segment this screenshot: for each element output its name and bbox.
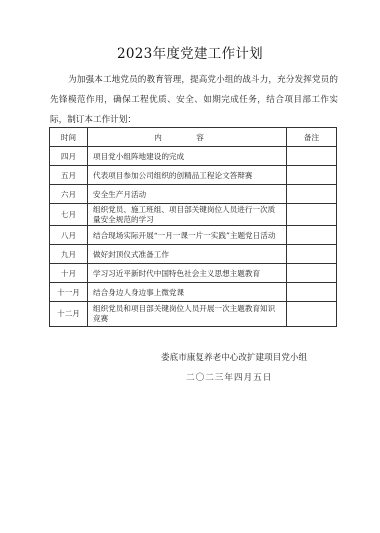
row-content: 组织党员、施工班组、项目部关键岗位人员进行一次质量安全规范的学习 [88,204,287,226]
row-month: 七月 [50,204,88,226]
row-notes [287,204,337,226]
table-row: 八月 结合现场实际开展“一月一课一片一实践”主题党日活动 [50,226,337,245]
header-notes: 备注 [287,128,337,147]
table-row: 九月 做好封顶仪式准备工作 [50,245,337,264]
row-month: 十一月 [50,283,88,302]
row-content: 代表项目参加公司组织的创精品工程论文答辩赛 [88,166,287,185]
signature-date: 二〇二三年四月五日 [186,371,380,383]
row-content: 学习习近平新时代中国特色社会主义思想主题教育 [88,264,287,283]
table-row: 六月 安全生产月活动 [50,185,337,204]
row-month: 六月 [50,185,88,204]
table-header-row: 时间 内 容 备注 [50,128,337,147]
row-notes [287,264,337,283]
row-notes [287,302,337,327]
intro-text: 为加强本工地党员的教育管理，提高党小组的战斗力，充分发挥党员的先锋模范作用，确保… [50,75,338,125]
table-row: 四月 项目党小组阵地建设的完成 [50,147,337,166]
table-row: 十一月 结合身边人身边事上微党课 [50,283,337,302]
row-month: 十月 [50,264,88,283]
row-month: 十二月 [50,302,88,327]
row-notes [287,226,337,245]
row-content: 项目党小组阵地建设的完成 [88,147,287,166]
document-page: 2023年度党建工作计划 为加强本工地党员的教育管理，提高党小组的战斗力，充分发… [0,0,380,533]
row-content: 安全生产月活动 [88,185,287,204]
row-notes [287,185,337,204]
row-notes [287,283,337,302]
row-month: 四月 [50,147,88,166]
document-title: 2023年度党建工作计划 [0,42,380,62]
table-row: 十月 学习习近平新时代中国特色社会主义思想主题教育 [50,264,337,283]
row-content: 做好封顶仪式准备工作 [88,245,287,264]
row-notes [287,147,337,166]
work-plan-table: 时间 内 容 备注 四月 项目党小组阵地建设的完成 五月 代表项目参加公司组织的… [49,127,337,327]
row-content: 结合身边人身边事上微党课 [88,283,287,302]
row-content: 结合现场实际开展“一月一课一片一实践”主题党日活动 [88,226,287,245]
row-month: 五月 [50,166,88,185]
table-row: 十二月 组织党员和项目部关键岗位人员开展一次主题教育知识竞赛 [50,302,337,327]
signature-organization: 娄底市康复养老中心改扩建项目党小组 [161,351,361,363]
header-time: 时间 [50,128,88,147]
row-notes [287,166,337,185]
row-month: 九月 [50,245,88,264]
row-notes [287,245,337,264]
header-content: 内 容 [88,128,287,147]
row-month: 八月 [50,226,88,245]
intro-paragraph: 为加强本工地党员的教育管理，提高党小组的战斗力，充分发挥党员的先锋模范作用，确保… [50,70,338,130]
row-content: 组织党员和项目部关键岗位人员开展一次主题教育知识竞赛 [88,302,287,327]
table-row: 七月 组织党员、施工班组、项目部关键岗位人员进行一次质量安全规范的学习 [50,204,337,226]
table-row: 五月 代表项目参加公司组织的创精品工程论文答辩赛 [50,166,337,185]
